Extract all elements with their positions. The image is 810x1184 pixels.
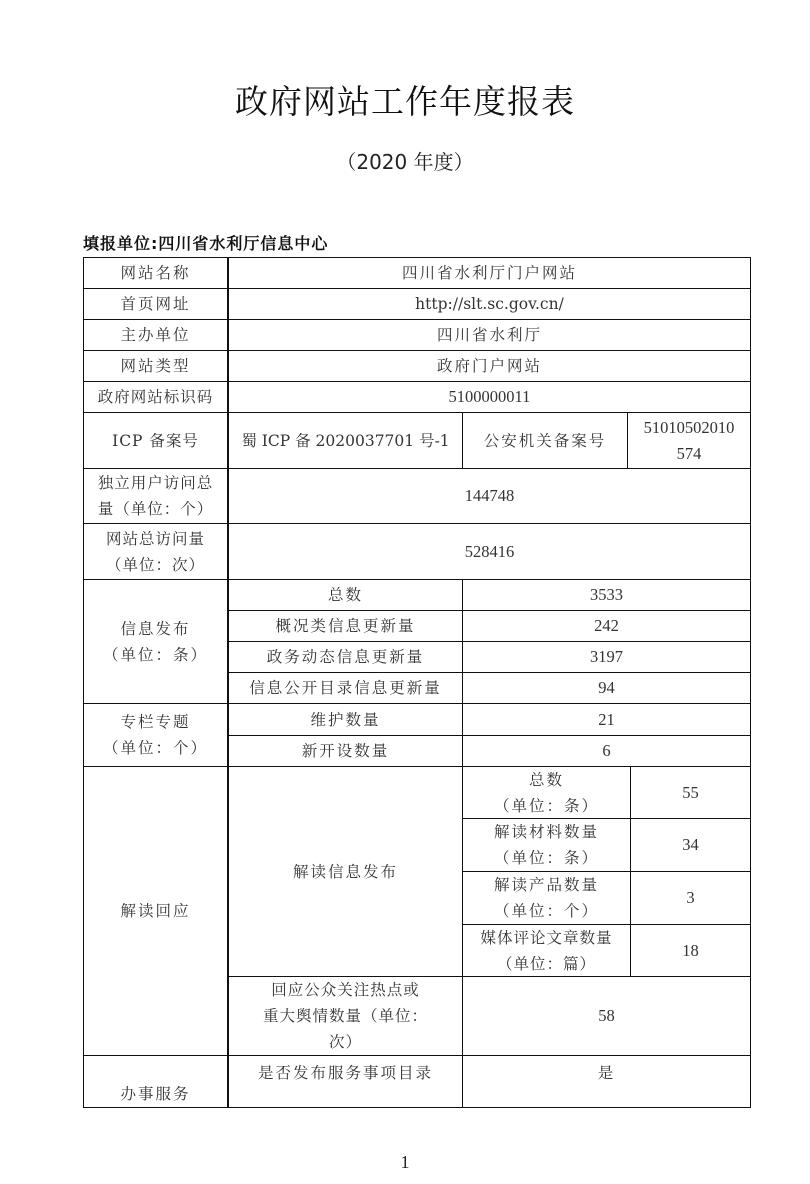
info-publish-total-value: 3533 xyxy=(462,579,751,611)
unique-visitors-label-line1: 独立用户访问总 xyxy=(98,470,214,496)
public-response-label: 回应公众关注热点或 重大舆情数量（单位： 次） xyxy=(228,976,463,1056)
services-label: 办事服务 xyxy=(83,1055,228,1108)
interp-products-label-line1: 解读产品数量 xyxy=(494,872,599,898)
info-publish-label-line1: 信息发布 xyxy=(120,616,190,642)
interp-products-value: 3 xyxy=(630,871,751,925)
total-visits-label: 网站总访问量 （单位：次） xyxy=(83,523,228,580)
unique-visitors-label: 独立用户访问总 量（单位：个） xyxy=(83,468,228,524)
report-year: （2020 年度） xyxy=(0,146,810,175)
interp-materials-label-line1: 解读材料数量 xyxy=(494,819,599,845)
interp-products-label: 解读产品数量 （单位：个） xyxy=(462,871,631,925)
public-response-label-line1: 回应公众关注热点或 xyxy=(271,977,420,1003)
site-id-label: 政府网站标识码 xyxy=(83,381,228,413)
interp-total-label-line2: （单位：条） xyxy=(494,793,599,819)
total-visits-label-line1: 网站总访问量 xyxy=(106,526,205,552)
service-catalog-value: 是 xyxy=(462,1055,751,1108)
columns-label-line1: 专栏专题 xyxy=(120,709,190,735)
media-articles-label-line1: 媒体评论文章数量 xyxy=(480,925,612,951)
site-name-value: 四川省水利厅门户网站 xyxy=(228,257,751,289)
unique-visitors-value: 144748 xyxy=(228,468,751,524)
interpretation-publish-label: 解读信息发布 xyxy=(228,766,463,977)
interp-materials-label: 解读材料数量 （单位：条） xyxy=(462,818,631,872)
police-record-value-line1: 51010502010 xyxy=(644,415,735,441)
columns-label-line2: （单位：个） xyxy=(103,735,208,761)
disclosure-updates-value: 94 xyxy=(462,672,751,704)
columns-maintained-value: 21 xyxy=(462,703,751,736)
page-title: 政府网站工作年度报表 xyxy=(0,76,810,123)
media-articles-value: 18 xyxy=(630,924,751,977)
interp-total-label: 总数 （单位：条） xyxy=(462,766,631,819)
site-type-value: 政府门户网站 xyxy=(228,350,751,382)
interp-materials-value: 34 xyxy=(630,818,751,872)
columns-new-label: 新开设数量 xyxy=(228,735,463,767)
police-record-value: 51010502010 574 xyxy=(627,412,751,469)
info-publish-label: 信息发布 （单位：条） xyxy=(83,579,228,704)
interp-total-label-line1: 总数 xyxy=(529,767,564,793)
homepage-url-value: http://slt.sc.gov.cn/ xyxy=(228,288,751,320)
sponsor-value: 四川省水利厅 xyxy=(228,319,751,351)
icp-value: 蜀 ICP 备 2020037701 号-1 xyxy=(228,412,463,469)
site-name-label: 网站名称 xyxy=(83,257,228,289)
police-record-value-line2: 574 xyxy=(677,441,702,467)
total-visits-value: 528416 xyxy=(228,523,751,580)
interp-products-label-line2: （单位：个） xyxy=(494,898,599,924)
columns-maintained-label: 维护数量 xyxy=(228,703,463,736)
overview-updates-label: 概况类信息更新量 xyxy=(228,610,463,642)
media-articles-label: 媒体评论文章数量 （单位：篇） xyxy=(462,924,631,977)
total-visits-label-line2: （单位：次） xyxy=(106,552,205,578)
public-response-label-line2: 重大舆情数量（单位： xyxy=(263,1003,428,1029)
icp-label: ICP 备案号 xyxy=(83,412,228,469)
interp-total-value: 55 xyxy=(630,766,751,819)
media-articles-label-line2: （单位：篇） xyxy=(497,951,596,977)
police-record-label: 公安机关备案号 xyxy=(462,412,628,469)
site-id-value: 5100000011 xyxy=(228,381,751,413)
site-type-label: 网站类型 xyxy=(83,350,228,382)
service-catalog-label: 是否发布服务事项目录 xyxy=(228,1055,463,1108)
columns-label: 专栏专题 （单位：个） xyxy=(83,703,228,767)
gov-news-updates-value: 3197 xyxy=(462,641,751,673)
disclosure-updates-label: 信息公开目录信息更新量 xyxy=(228,672,463,704)
info-publish-total-label: 总数 xyxy=(228,579,463,611)
interp-materials-label-line2: （单位：条） xyxy=(494,845,599,871)
page-number: 1 xyxy=(0,1152,810,1173)
gov-news-updates-label: 政务动态信息更新量 xyxy=(228,641,463,673)
columns-new-value: 6 xyxy=(462,735,751,767)
interpretation-label: 解读回应 xyxy=(83,766,228,1056)
overview-updates-value: 242 xyxy=(462,610,751,642)
public-response-label-line3: 次） xyxy=(329,1029,362,1055)
unique-visitors-label-line2: 量（单位：个） xyxy=(98,496,214,522)
reporting-unit: 填报单位:四川省水利厅信息中心 xyxy=(83,231,328,254)
info-publish-label-line2: （单位：条） xyxy=(103,642,208,668)
sponsor-label: 主办单位 xyxy=(83,319,228,351)
public-response-value: 58 xyxy=(462,976,751,1056)
homepage-url-label: 首页网址 xyxy=(83,288,228,320)
